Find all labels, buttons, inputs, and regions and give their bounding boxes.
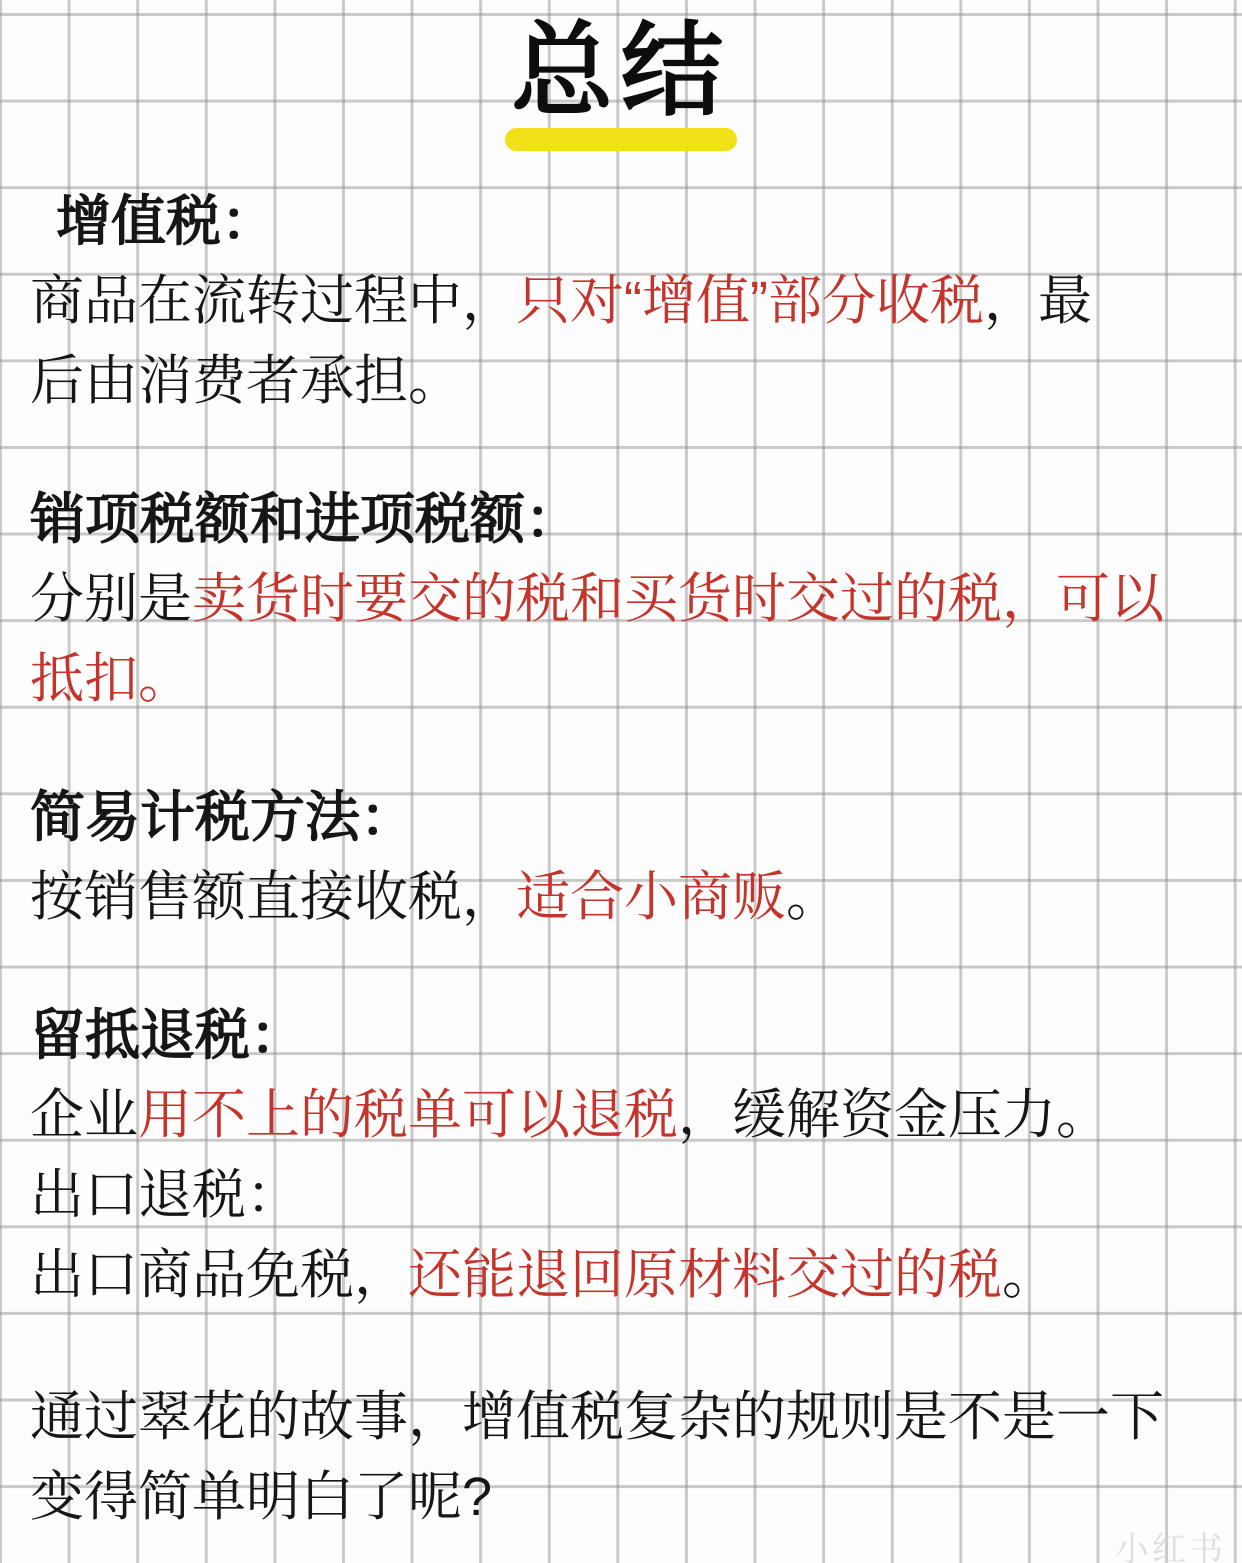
text-run: 还能退回原材料交过的税 [408, 1245, 1002, 1305]
text-run: 按销售额直接收税， [30, 867, 516, 927]
xiaohongshu-watermark: 小红书 [1115, 1522, 1226, 1563]
text-line: 分别是卖货时要交的税和买货时交过的税，可以 [30, 559, 1212, 639]
section-retained-tax-refund: 留抵退税： 企业用不上的税单可以退税，缓解资金压力。出口退税：出口商品免税，还能… [30, 995, 1212, 1315]
text-line: 通过翠花的故事，增值税复杂的规则是不是一下 [30, 1377, 1212, 1457]
text-line: 抵扣。 [30, 639, 1212, 719]
text-line: 出口商品免税，还能退回原材料交过的税。 [30, 1235, 1212, 1315]
text-run: 通过翠花的故事，增值税复杂的规则是不是一下 [30, 1387, 1164, 1447]
section-heading-vat: 增值税： [30, 181, 1212, 261]
text-run: 用不上的税单可以退税 [138, 1085, 678, 1145]
section-body-vat: 商品在流转过程中，只对“增值”部分收税，最后由消费者承担。 [30, 261, 1212, 421]
section-vat: 增值税： 商品在流转过程中，只对“增值”部分收税，最后由消费者承担。 [30, 181, 1212, 421]
text-line: 变得简单明白了呢? [30, 1457, 1212, 1537]
text-line: 按销售额直接收税，适合小商贩。 [30, 857, 1212, 937]
note-content: 增值税： 商品在流转过程中，只对“增值”部分收税，最后由消费者承担。 销项税额和… [0, 181, 1242, 1537]
text-run: 后由消费者承担。 [30, 351, 462, 411]
section-body-output-input-tax: 分别是卖货时要交的税和买货时交过的税，可以抵扣。 [30, 559, 1212, 719]
title-block: 总结 [0, 0, 1242, 151]
section-heading-output-input-tax: 销项税额和进项税额： [30, 479, 1212, 559]
text-run: ，缓解资金压力。 [678, 1085, 1110, 1145]
text-run: 分别是 [30, 569, 192, 629]
text-run: 适合小商贩 [516, 867, 786, 927]
text-line: 商品在流转过程中，只对“增值”部分收税，最 [30, 261, 1212, 341]
section-heading-retained-tax-refund: 留抵退税： [30, 995, 1212, 1075]
closing-paragraph: 通过翠花的故事，增值税复杂的规则是不是一下变得简单明白了呢? [30, 1377, 1212, 1537]
text-run: 抵扣。 [30, 649, 192, 709]
text-run: 卖货时要交的税和买货时交过的税，可以 [192, 569, 1164, 629]
text-line: 后由消费者承担。 [30, 341, 1212, 421]
text-run: 变得简单明白了呢? [30, 1467, 492, 1527]
section-body-simple-tax-method: 按销售额直接收税，适合小商贩。 [30, 857, 1212, 937]
text-run: 出口退税： [30, 1165, 300, 1225]
text-run: 企业 [30, 1085, 138, 1145]
section-body-retained-tax-refund: 企业用不上的税单可以退税，缓解资金压力。出口退税：出口商品免税，还能退回原材料交… [30, 1075, 1212, 1315]
text-run: 只对“增值”部分收税 [516, 271, 984, 331]
section-simple-tax-method: 简易计税方法： 按销售额直接收税，适合小商贩。 [30, 777, 1212, 937]
page-title: 总结 [0, 16, 1242, 126]
summary-note-page: 总结 增值税： 商品在流转过程中，只对“增值”部分收税，最后由消费者承担。 销项… [0, 0, 1242, 1563]
text-run: 。 [786, 867, 840, 927]
title-highlight-underline [505, 128, 737, 151]
text-run: 。 [1002, 1245, 1056, 1305]
text-run: 出口商品免税， [30, 1245, 408, 1305]
text-run: 商品在流转过程中， [30, 271, 516, 331]
text-run: ，最 [984, 271, 1092, 331]
text-line: 企业用不上的税单可以退税，缓解资金压力。 [30, 1075, 1212, 1155]
text-line: 出口退税： [30, 1155, 1212, 1235]
section-output-input-tax: 销项税额和进项税额： 分别是卖货时要交的税和买货时交过的税，可以抵扣。 [30, 479, 1212, 719]
section-heading-simple-tax-method: 简易计税方法： [30, 777, 1212, 857]
